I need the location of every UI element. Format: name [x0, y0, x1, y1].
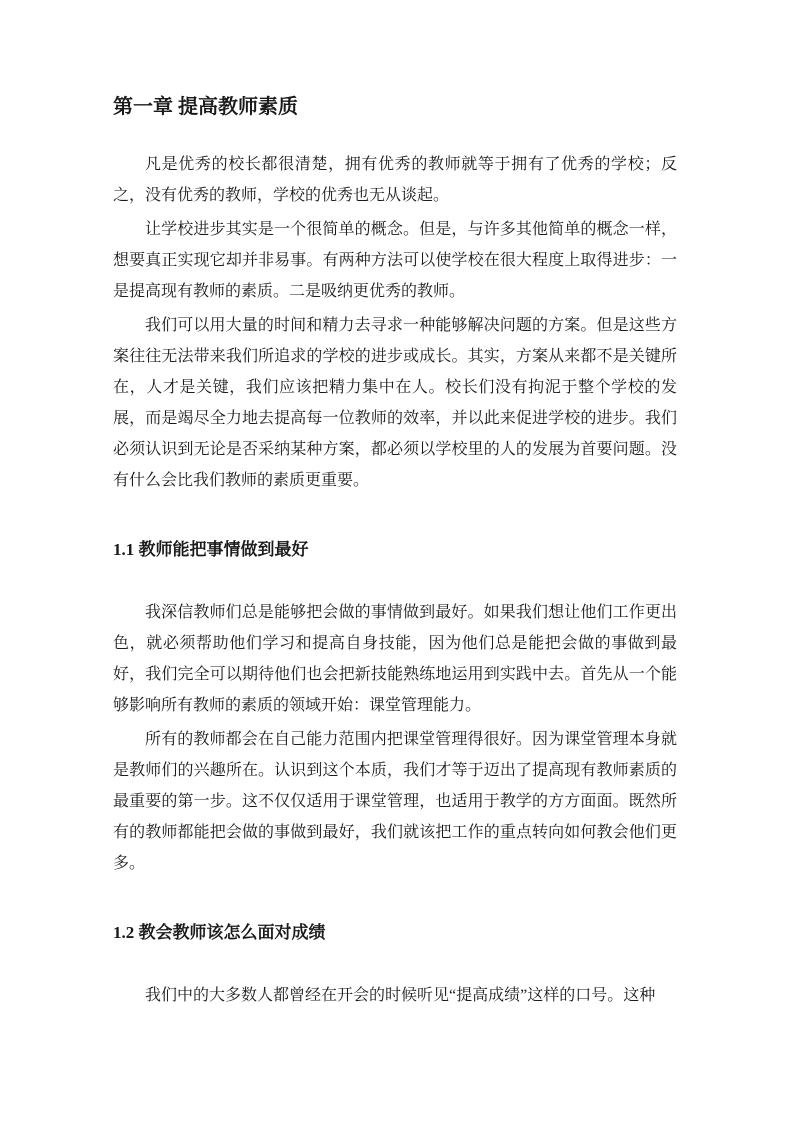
- paragraph: 凡是优秀的校长都很清楚，拥有优秀的教师就等于拥有了优秀的学校；反之，没有优秀的教…: [113, 149, 677, 211]
- section-heading-1-1: 1.1 教师能把事情做到最好: [113, 534, 677, 565]
- paragraph: 我们可以用大量的时间和精力去寻求一种能够解决问题的方案。但是这些方案往往无法带来…: [113, 310, 677, 496]
- chapter-title: 第一章 提高教师素质: [113, 96, 677, 118]
- paragraph: 我深信教师们总是能够把会做的事情做到最好。如果我们想让他们工作更出色，就必须帮助…: [113, 597, 677, 721]
- paragraph: 我们中的大多数人都曾经在开会的时候听见“提高成绩”这样的口号。这种: [113, 980, 677, 1011]
- section-heading-1-2: 1.2 教会教师该怎么面对成绩: [113, 917, 677, 948]
- document-page: 第一章 提高教师素质 凡是优秀的校长都很清楚，拥有优秀的教师就等于拥有了优秀的学…: [0, 0, 793, 1122]
- page-content: 第一章 提高教师素质 凡是优秀的校长都很清楚，拥有优秀的教师就等于拥有了优秀的学…: [113, 96, 677, 1014]
- paragraph: 所有的教师都会在自己能力范围内把课堂管理得很好。因为课堂管理本身就是教师们的兴趣…: [113, 724, 677, 879]
- paragraph: 让学校进步其实是一个很简单的概念。但是，与许多其他简单的概念一样，想要真正实现它…: [113, 214, 677, 307]
